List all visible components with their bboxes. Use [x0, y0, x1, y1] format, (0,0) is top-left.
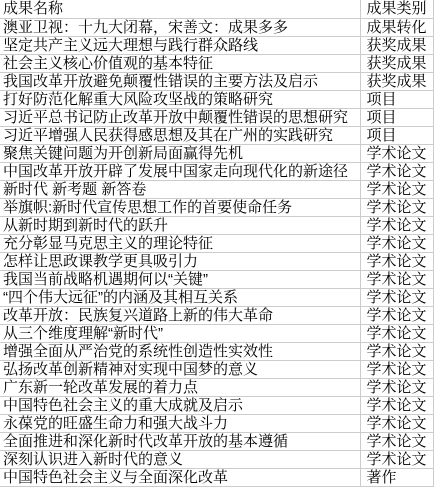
- result-category-cell: 学术论文: [360, 198, 433, 216]
- table-row: 改革开放：民族复兴道路上新的伟大革命学术论文: [0, 306, 433, 324]
- result-category-cell: 学术论文: [360, 450, 433, 468]
- result-category-cell: 学术论文: [360, 144, 433, 162]
- table-row: 怎样让思政课教学更具吸引力学术论文: [0, 252, 433, 270]
- column-header-name: 成果名称: [0, 0, 360, 18]
- result-category-cell: 学术论文: [360, 396, 433, 414]
- table-row: 弘扬改革创新精神对实现中国梦的意义学术论文: [0, 360, 433, 378]
- result-name-cell: 聚焦关键问题为开创新局面赢得先机: [0, 144, 360, 162]
- result-name-cell: 从三个维度理解“新时代”: [0, 324, 360, 342]
- result-category-cell: 著作: [360, 468, 433, 486]
- results-table-body: 澳亚卫视：十九大闭幕，宋善文：成果多多成果转化坚定共产主义远大理想与践行群众路线…: [0, 18, 433, 486]
- table-row: 坚定共产主义远大理想与践行群众路线获奖成果: [0, 36, 433, 54]
- result-name-cell: 举旗帜:新时代宣传思想工作的首要使命任务: [0, 198, 360, 216]
- table-row: 广东新一轮改革发展的着力点学术论文: [0, 378, 433, 396]
- result-name-cell: 广东新一轮改革发展的着力点: [0, 378, 360, 396]
- table-row: 深刻认识进入新时代的意义学术论文: [0, 450, 433, 468]
- result-category-cell: 学术论文: [360, 252, 433, 270]
- table-row: “四个伟大远征”的内涵及其相互关系学术论文: [0, 288, 433, 306]
- result-name-cell: 我国改革开放避免颠覆性错误的主要方法及启示: [0, 72, 360, 90]
- result-category-cell: 学术论文: [360, 378, 433, 396]
- result-name-cell: 坚定共产主义远大理想与践行群众路线: [0, 36, 360, 54]
- result-category-cell: 学术论文: [360, 162, 433, 180]
- result-name-cell: 改革开放：民族复兴道路上新的伟大革命: [0, 306, 360, 324]
- table-row: 我国改革开放避免颠覆性错误的主要方法及启示获奖成果: [0, 72, 433, 90]
- table-row: 打好防范化解重大风险攻坚战的策略研究项目: [0, 90, 433, 108]
- result-category-cell: 获奖成果: [360, 54, 433, 72]
- table-row: 社会主义核心价值观的基本特征获奖成果: [0, 54, 433, 72]
- result-name-cell: 弘扬改革创新精神对实现中国梦的意义: [0, 360, 360, 378]
- table-row: 增强全面从严治党的系统性创造性实效性学术论文: [0, 342, 433, 360]
- table-row: 习近平总书记防止改革开放中颠覆性错误的思想研究项目: [0, 108, 433, 126]
- result-category-cell: 学术论文: [360, 270, 433, 288]
- result-category-cell: 学术论文: [360, 234, 433, 252]
- result-category-cell: 学术论文: [360, 306, 433, 324]
- result-name-cell: 中国特色社会主义的重大成就及启示: [0, 396, 360, 414]
- table-row: 我国当前战略机遇期何以“关键”学术论文: [0, 270, 433, 288]
- result-name-cell: 中国特色社会主义与全面深化改革: [0, 468, 360, 486]
- result-category-cell: 学术论文: [360, 216, 433, 234]
- table-row: 中国特色社会主义与全面深化改革著作: [0, 468, 433, 486]
- result-name-cell: “四个伟大远征”的内涵及其相互关系: [0, 288, 360, 306]
- result-name-cell: 深刻认识进入新时代的意义: [0, 450, 360, 468]
- result-name-cell: 我国当前战略机遇期何以“关键”: [0, 270, 360, 288]
- result-name-cell: 永葆党的旺盛生命力和强大战斗力: [0, 414, 360, 432]
- result-name-cell: 中国改革开放开辟了发展中国家走向现代化的新途径: [0, 162, 360, 180]
- table-header-row: 成果名称 成果类别: [0, 0, 433, 18]
- table-row: 聚焦关键问题为开创新局面赢得先机学术论文: [0, 144, 433, 162]
- result-category-cell: 成果转化: [360, 18, 433, 36]
- result-category-cell: 学术论文: [360, 342, 433, 360]
- result-category-cell: 学术论文: [360, 324, 433, 342]
- column-header-category: 成果类别: [360, 0, 433, 18]
- result-name-cell: 社会主义核心价值观的基本特征: [0, 54, 360, 72]
- table-row: 举旗帜:新时代宣传思想工作的首要使命任务学术论文: [0, 198, 433, 216]
- table-row: 全面推进和深化新时代改革开放的基本遵循学术论文: [0, 432, 433, 450]
- table-row: 中国特色社会主义的重大成就及启示学术论文: [0, 396, 433, 414]
- result-category-cell: 项目: [360, 126, 433, 144]
- result-category-cell: 获奖成果: [360, 36, 433, 54]
- table-row: 从新时期到新时代的跃升学术论文: [0, 216, 433, 234]
- table-row: 澳亚卫视：十九大闭幕，宋善文：成果多多成果转化: [0, 18, 433, 36]
- result-category-cell: 学术论文: [360, 432, 433, 450]
- table-row: 从三个维度理解“新时代”学术论文: [0, 324, 433, 342]
- result-category-cell: 学术论文: [360, 288, 433, 306]
- result-name-cell: 充分彰显马克思主义的理论特征: [0, 234, 360, 252]
- result-name-cell: 新时代 新考题 新答卷: [0, 180, 360, 198]
- result-category-cell: 获奖成果: [360, 72, 433, 90]
- result-category-cell: 学术论文: [360, 360, 433, 378]
- result-name-cell: 增强全面从严治党的系统性创造性实效性: [0, 342, 360, 360]
- table-row: 习近平增强人民获得感思想及其在广州的实践研究项目: [0, 126, 433, 144]
- result-name-cell: 全面推进和深化新时代改革开放的基本遵循: [0, 432, 360, 450]
- result-category-cell: 项目: [360, 108, 433, 126]
- table-row: 永葆党的旺盛生命力和强大战斗力学术论文: [0, 414, 433, 432]
- result-name-cell: 澳亚卫视：十九大闭幕，宋善文：成果多多: [0, 18, 360, 36]
- table-row: 中国改革开放开辟了发展中国家走向现代化的新途径学术论文: [0, 162, 433, 180]
- result-name-cell: 从新时期到新时代的跃升: [0, 216, 360, 234]
- result-category-cell: 项目: [360, 90, 433, 108]
- result-name-cell: 怎样让思政课教学更具吸引力: [0, 252, 360, 270]
- table-row: 新时代 新考题 新答卷学术论文: [0, 180, 433, 198]
- result-name-cell: 打好防范化解重大风险攻坚战的策略研究: [0, 90, 360, 108]
- results-table-view: 成果名称 成果类别 澳亚卫视：十九大闭幕，宋善文：成果多多成果转化坚定共产主义远…: [0, 0, 438, 487]
- result-category-cell: 学术论文: [360, 414, 433, 432]
- result-category-cell: 学术论文: [360, 180, 433, 198]
- result-name-cell: 习近平增强人民获得感思想及其在广州的实践研究: [0, 126, 360, 144]
- results-table: 成果名称 成果类别 澳亚卫视：十九大闭幕，宋善文：成果多多成果转化坚定共产主义远…: [0, 0, 434, 487]
- result-name-cell: 习近平总书记防止改革开放中颠覆性错误的思想研究: [0, 108, 360, 126]
- table-row: 充分彰显马克思主义的理论特征学术论文: [0, 234, 433, 252]
